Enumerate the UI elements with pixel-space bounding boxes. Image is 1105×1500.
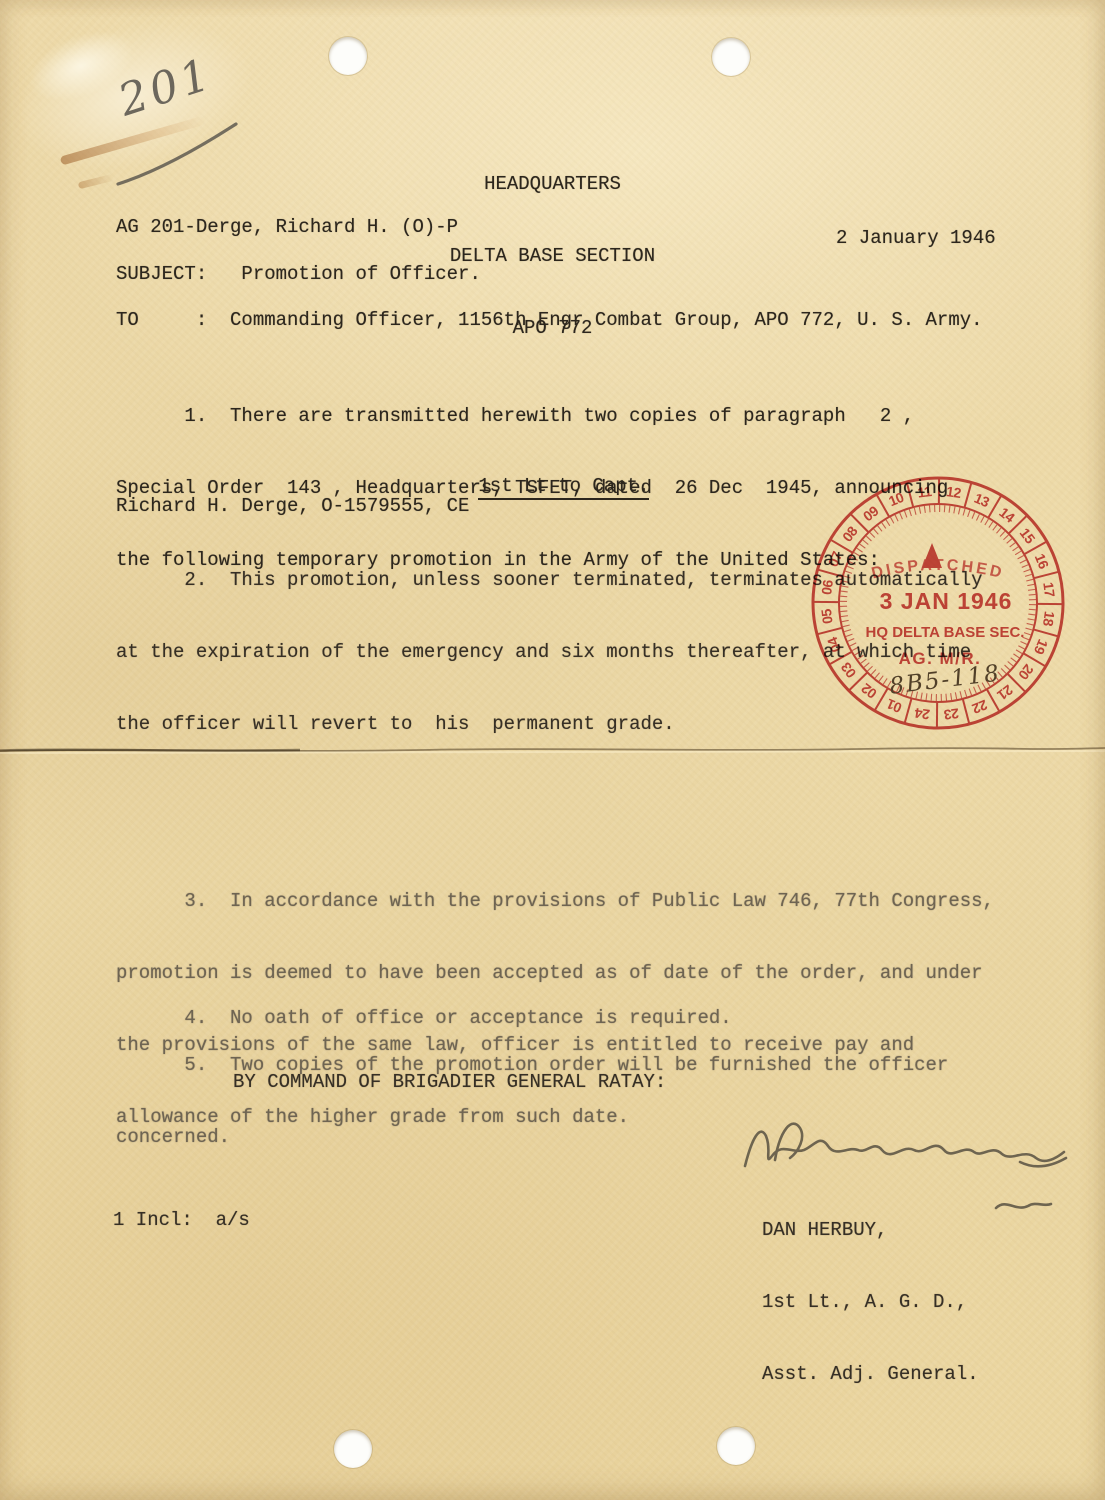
punch-hole	[329, 37, 367, 75]
svg-text:03: 03	[837, 659, 859, 681]
svg-text:11: 11	[917, 483, 933, 501]
svg-text:19: 19	[1031, 637, 1052, 657]
subject-line: SUBJECT: Promotion of Officer.	[116, 262, 481, 286]
promotion-heading: 1st Lt to Capt.	[478, 475, 649, 500]
stamp-dispatched-label: DISPATCHED	[870, 557, 1006, 582]
svg-text:14: 14	[996, 504, 1018, 526]
svg-text:18: 18	[1040, 610, 1058, 627]
stamp-office: HQ DELTA BASE SEC.	[866, 624, 1025, 641]
svg-text:15: 15	[1017, 525, 1039, 547]
svg-text:06: 06	[818, 578, 836, 595]
svg-text:23: 23	[943, 705, 960, 723]
date-line: 2 January 1946	[836, 226, 996, 250]
svg-text:16: 16	[1032, 551, 1053, 571]
punch-hole	[712, 38, 750, 76]
svg-text:20: 20	[1015, 661, 1037, 683]
svg-text:09: 09	[860, 502, 882, 524]
svg-text:13: 13	[972, 490, 992, 511]
signer-name: DAN HERBUY,	[762, 1218, 979, 1242]
svg-text:22: 22	[970, 697, 990, 718]
reference-line: AG 201-Derge, Richard H. (O)-P	[116, 215, 458, 239]
stamp-date: 3 JAN 1946	[880, 588, 1013, 614]
svg-text:10: 10	[886, 489, 906, 510]
enclosure-line: 1 Incl: a/s	[113, 1208, 250, 1232]
signer-title: Asst. Adj. General.	[762, 1362, 979, 1386]
svg-text:17: 17	[1040, 581, 1058, 598]
punch-hole	[717, 1427, 755, 1465]
command-line: BY COMMAND OF BRIGADIER GENERAL RATAY:	[233, 1070, 666, 1094]
svg-text:12: 12	[945, 483, 962, 501]
signer-rank: 1st Lt., A. G. D.,	[762, 1290, 979, 1314]
document-page: { "page": { "pencil_number": "201" }, "l…	[0, 0, 1105, 1500]
letterhead-line: HEADQUARTERS	[0, 172, 1105, 196]
svg-text:05: 05	[818, 608, 836, 625]
text-line: 1. There are transmitted herewith two co…	[116, 404, 948, 428]
svg-text:02: 02	[858, 680, 880, 702]
svg-text:04: 04	[824, 635, 845, 655]
text-line: 3. In accordance with the provisions of …	[116, 889, 994, 913]
fold-crease	[0, 744, 1105, 758]
signature-block: DAN HERBUY, 1st Lt., A. G. D., Asst. Adj…	[762, 1170, 979, 1410]
handwritten-folder-number: 201	[112, 48, 219, 126]
officer-line: Richard H. Derge, O-1579555, CE	[116, 494, 469, 518]
punch-hole	[334, 1430, 372, 1468]
svg-text:08: 08	[839, 523, 861, 545]
svg-text:07: 07	[825, 549, 846, 569]
to-line: TO : Commanding Officer, 1156th Engr Com…	[116, 308, 983, 332]
dispatch-stamp: 0102030405060708091011121314151617181920…	[803, 468, 1073, 738]
svg-text:24: 24	[913, 705, 930, 723]
